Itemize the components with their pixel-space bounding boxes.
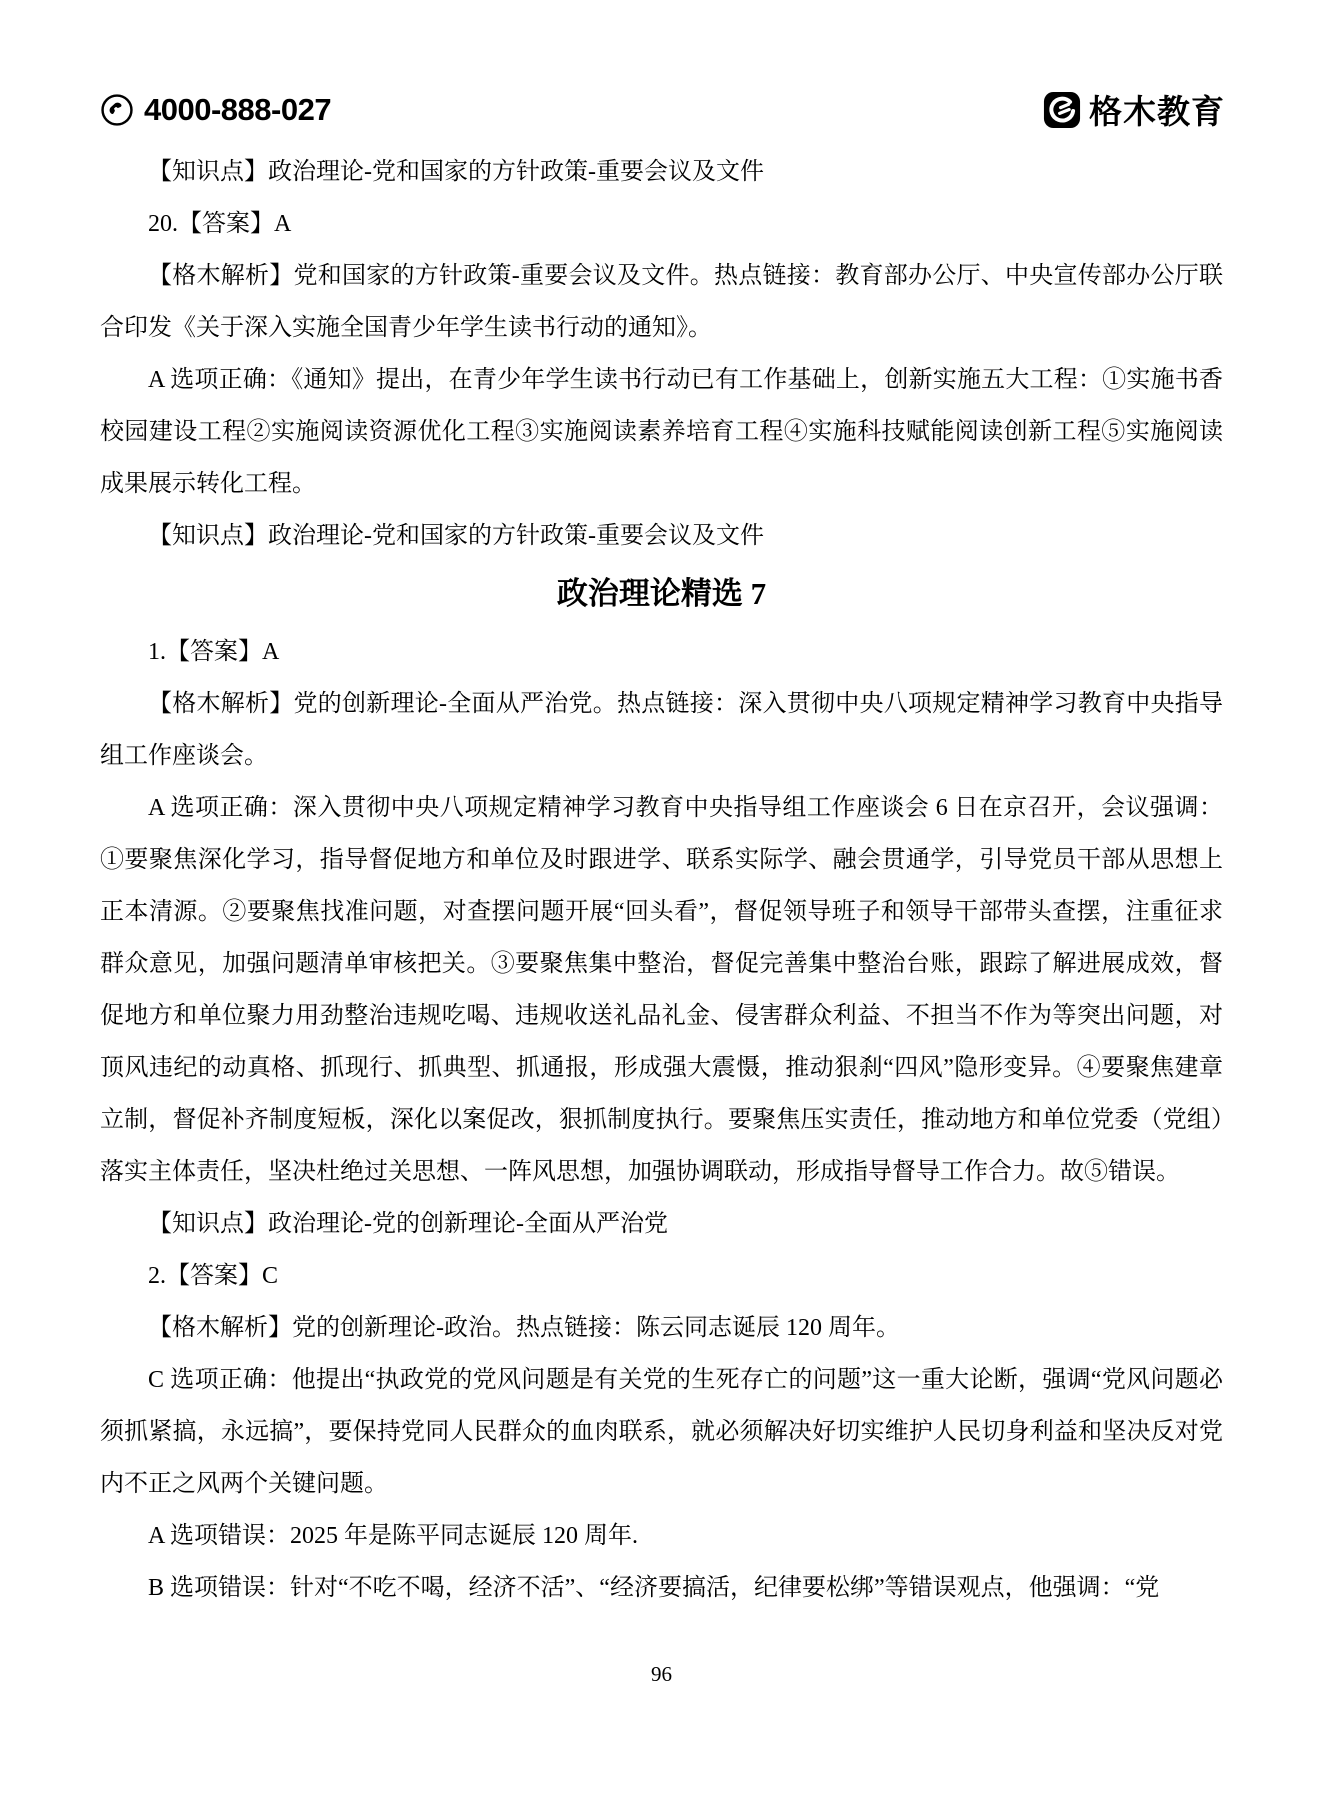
q2-option-a: A 选项错误：2025 年是陈平同志诞辰 120 周年. xyxy=(100,1510,1223,1562)
q20-analysis: 【格木解析】党和国家的方针政策-重要会议及文件。热点链接：教育部办公厅、中央宣传… xyxy=(100,250,1223,354)
page-number: 96 xyxy=(651,1662,672,1686)
header-phone: 4000-888-027 xyxy=(100,92,331,128)
gemu-logo-icon xyxy=(1043,91,1081,129)
section-heading: 政治理论精选 7 xyxy=(100,562,1223,626)
page-header: 4000-888-027 格木教育 xyxy=(100,86,1225,133)
q1-knowledge-point: 【知识点】政治理论-党的创新理论-全面从严治党 xyxy=(100,1198,1223,1250)
q1-answer-line: 1.【答案】A xyxy=(100,626,1223,678)
phone-number: 4000-888-027 xyxy=(144,92,331,128)
q20-answer-line: 20.【答案】A xyxy=(100,198,1223,250)
q2-option-c: C 选项正确：他提出“执政党的党风问题是有关党的生死存亡的问题”这一重大论断，强… xyxy=(100,1354,1223,1510)
q20-option-a: A 选项正确：《通知》提出，在青少年学生读书行动已有工作基础上，创新实施五大工程… xyxy=(100,354,1223,510)
q2-answer-line: 2.【答案】C xyxy=(100,1250,1223,1302)
document-page: 4000-888-027 格木教育 【知识点】政治理论-党和国家的方针政策-重要… xyxy=(0,0,1323,1795)
q1-option-a: A 选项正确：深入贯彻中央八项规定精神学习教育中央指导组工作座谈会 6 日在京召… xyxy=(100,782,1223,1198)
q1-analysis: 【格木解析】党的创新理论-全面从严治党。热点链接：深入贯彻中央八项规定精神学习教… xyxy=(100,678,1223,782)
header-brand: 格木教育 xyxy=(1043,86,1225,133)
q20-knowledge-point-repeat: 【知识点】政治理论-党和国家的方针政策-重要会议及文件 xyxy=(100,510,1223,562)
q2-analysis: 【格木解析】党的创新理论-政治。热点链接：陈云同志诞辰 120 周年。 xyxy=(100,1302,1223,1354)
brand-name: 格木教育 xyxy=(1089,86,1225,133)
document-body: 【知识点】政治理论-党和国家的方针政策-重要会议及文件 20.【答案】A 【格木… xyxy=(100,146,1223,1614)
phone-icon xyxy=(100,93,134,127)
page-footer: 96 xyxy=(0,1648,1323,1700)
q2-option-b: B 选项错误：针对“不吃不喝，经济不活”、“经济要搞活，纪律要松绑”等错误观点，… xyxy=(100,1562,1223,1614)
q20-knowledge-point: 【知识点】政治理论-党和国家的方针政策-重要会议及文件 xyxy=(100,146,1223,198)
